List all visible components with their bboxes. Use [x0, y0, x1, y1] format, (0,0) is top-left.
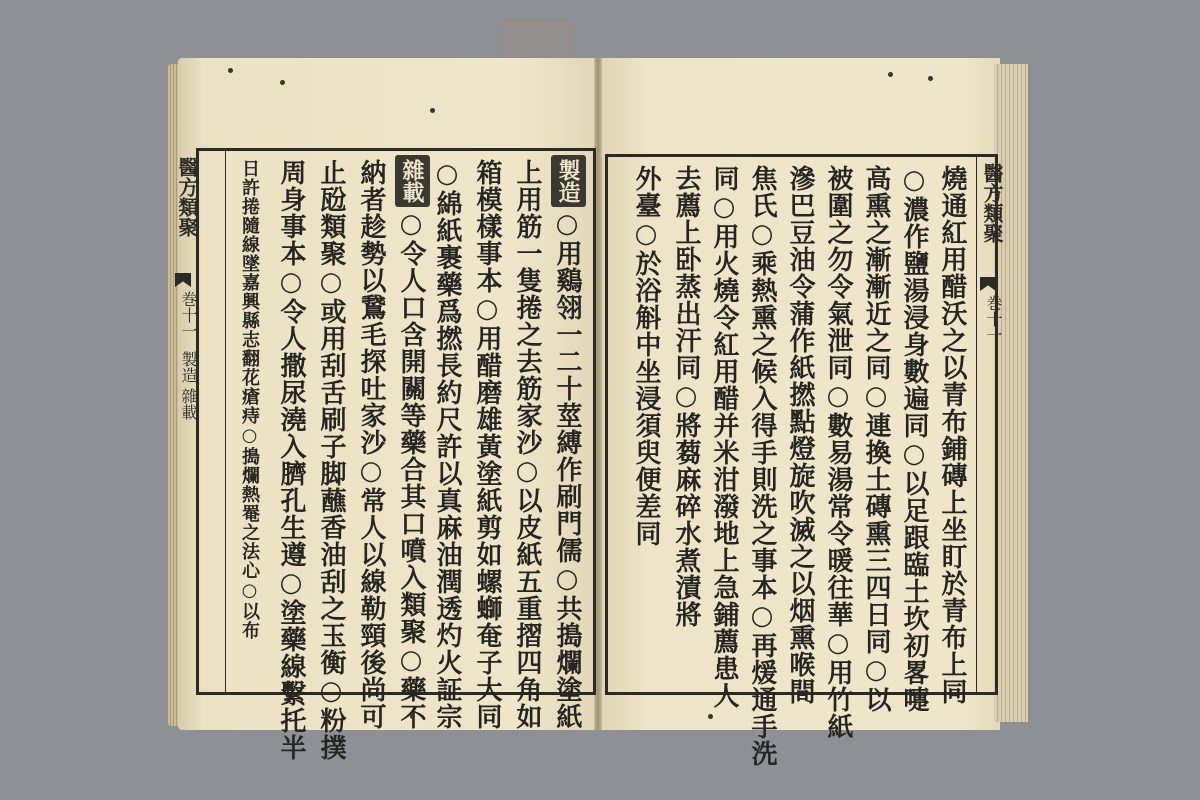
- left-banxin-volume: 巻十一: [177, 291, 200, 339]
- right-text-frame: 醫方類聚 巻十一 燒通紅用醋沃之以青布鋪磚上坐盯於青布上同 ○濃作鹽湯浸身數遍同…: [605, 154, 998, 695]
- text-column: 納者趁勢以鵞毛探吐家沙○常人以線勒頸後尚可: [355, 159, 387, 730]
- text-column: 日許捲隨線墜嘉興縣志翻花瘡痔○搗爛熱罨之法心○以布: [233, 159, 265, 640]
- fish-tail-mark-icon: [980, 277, 996, 291]
- wormhole: [228, 68, 233, 73]
- wormhole: [410, 714, 415, 719]
- wormhole: [888, 72, 893, 77]
- text-column: 箱模樣事本○用醋磨雄黃塗紙剪如螺螄奄子大同: [471, 159, 503, 730]
- section-label-zassai: 雜載: [395, 155, 430, 207]
- right-banxin-border: [976, 157, 977, 692]
- text-column: ○令人口含開關等藥合其口噴入類聚○藥不: [395, 209, 427, 730]
- wormhole: [430, 108, 435, 113]
- text-column: 上用筋一隻捲之去筋家沙○以皮紙五重摺四角如: [511, 159, 543, 730]
- left-text-frame: 醫方類聚 巻十一 製造 雜載 製造 ○用鷄翎一二十莖縛作刷門儒○共搗爛塗紙 上用…: [196, 148, 596, 695]
- text-column: 滲巴豆油令蒲作紙撚點燈旋吹滅之以烟熏喉間: [784, 165, 816, 705]
- text-column: ○綿紙裹藥爲撚長約尺許以真麻油潤透灼火証宗: [431, 159, 463, 730]
- left-banxin-title: 醫方類聚: [173, 157, 202, 237]
- wormhole: [708, 714, 713, 719]
- text-column: 高熏之漸漸近之同○連換土磚熏三四日同○以: [860, 165, 892, 713]
- open-book: 醫方類聚 巻十一 製造 雜載 製造 ○用鷄翎一二十莖縛作刷門儒○共搗爛塗紙 上用…: [168, 58, 1030, 730]
- text-column: 去薦上卧蒸出汗同○將蒭麻碎水煮漬將: [670, 165, 702, 628]
- wormhole: [928, 76, 933, 81]
- right-banxin-title: 醫方類聚: [978, 163, 1007, 243]
- text-column: 周身事本○令人撒尿澆入臍孔生遵○塗藥線繫托半: [275, 159, 307, 761]
- wormhole: [280, 80, 285, 85]
- left-banxin-border: [225, 151, 226, 692]
- text-column: ○用鷄翎一二十莖縛作刷門儒○共搗爛塗紙: [551, 209, 583, 730]
- text-column: 外臺○於浴斛中坐浸須臾便差同: [630, 165, 662, 547]
- left-banxin-section: 製造 雜載: [177, 351, 200, 420]
- right-banxin-volume: 巻十一: [982, 295, 1005, 343]
- text-column: 同○用火燒令紅用醋并米泔潑地上急鋪薦患人: [708, 165, 740, 709]
- text-column: ○濃作鹽湯浸身數遍同○以足跟臨土坎初畧嚏: [898, 165, 930, 713]
- text-column: 被圍之勿令氣泄同○數易湯常令暖往華○用竹紙: [822, 165, 854, 740]
- section-label-seizo: 製造: [551, 155, 586, 207]
- text-column: 焦氏○乘熱熏之候入得手則洗之事本○再煖通手洗: [746, 165, 778, 767]
- text-column: 燒通紅用醋沃之以青布鋪磚上坐盯於青布上同: [936, 165, 968, 705]
- text-column: 止瓰類聚○或用刮舌刷子脚蘸香油刮之玉衡○粉撲: [315, 159, 347, 761]
